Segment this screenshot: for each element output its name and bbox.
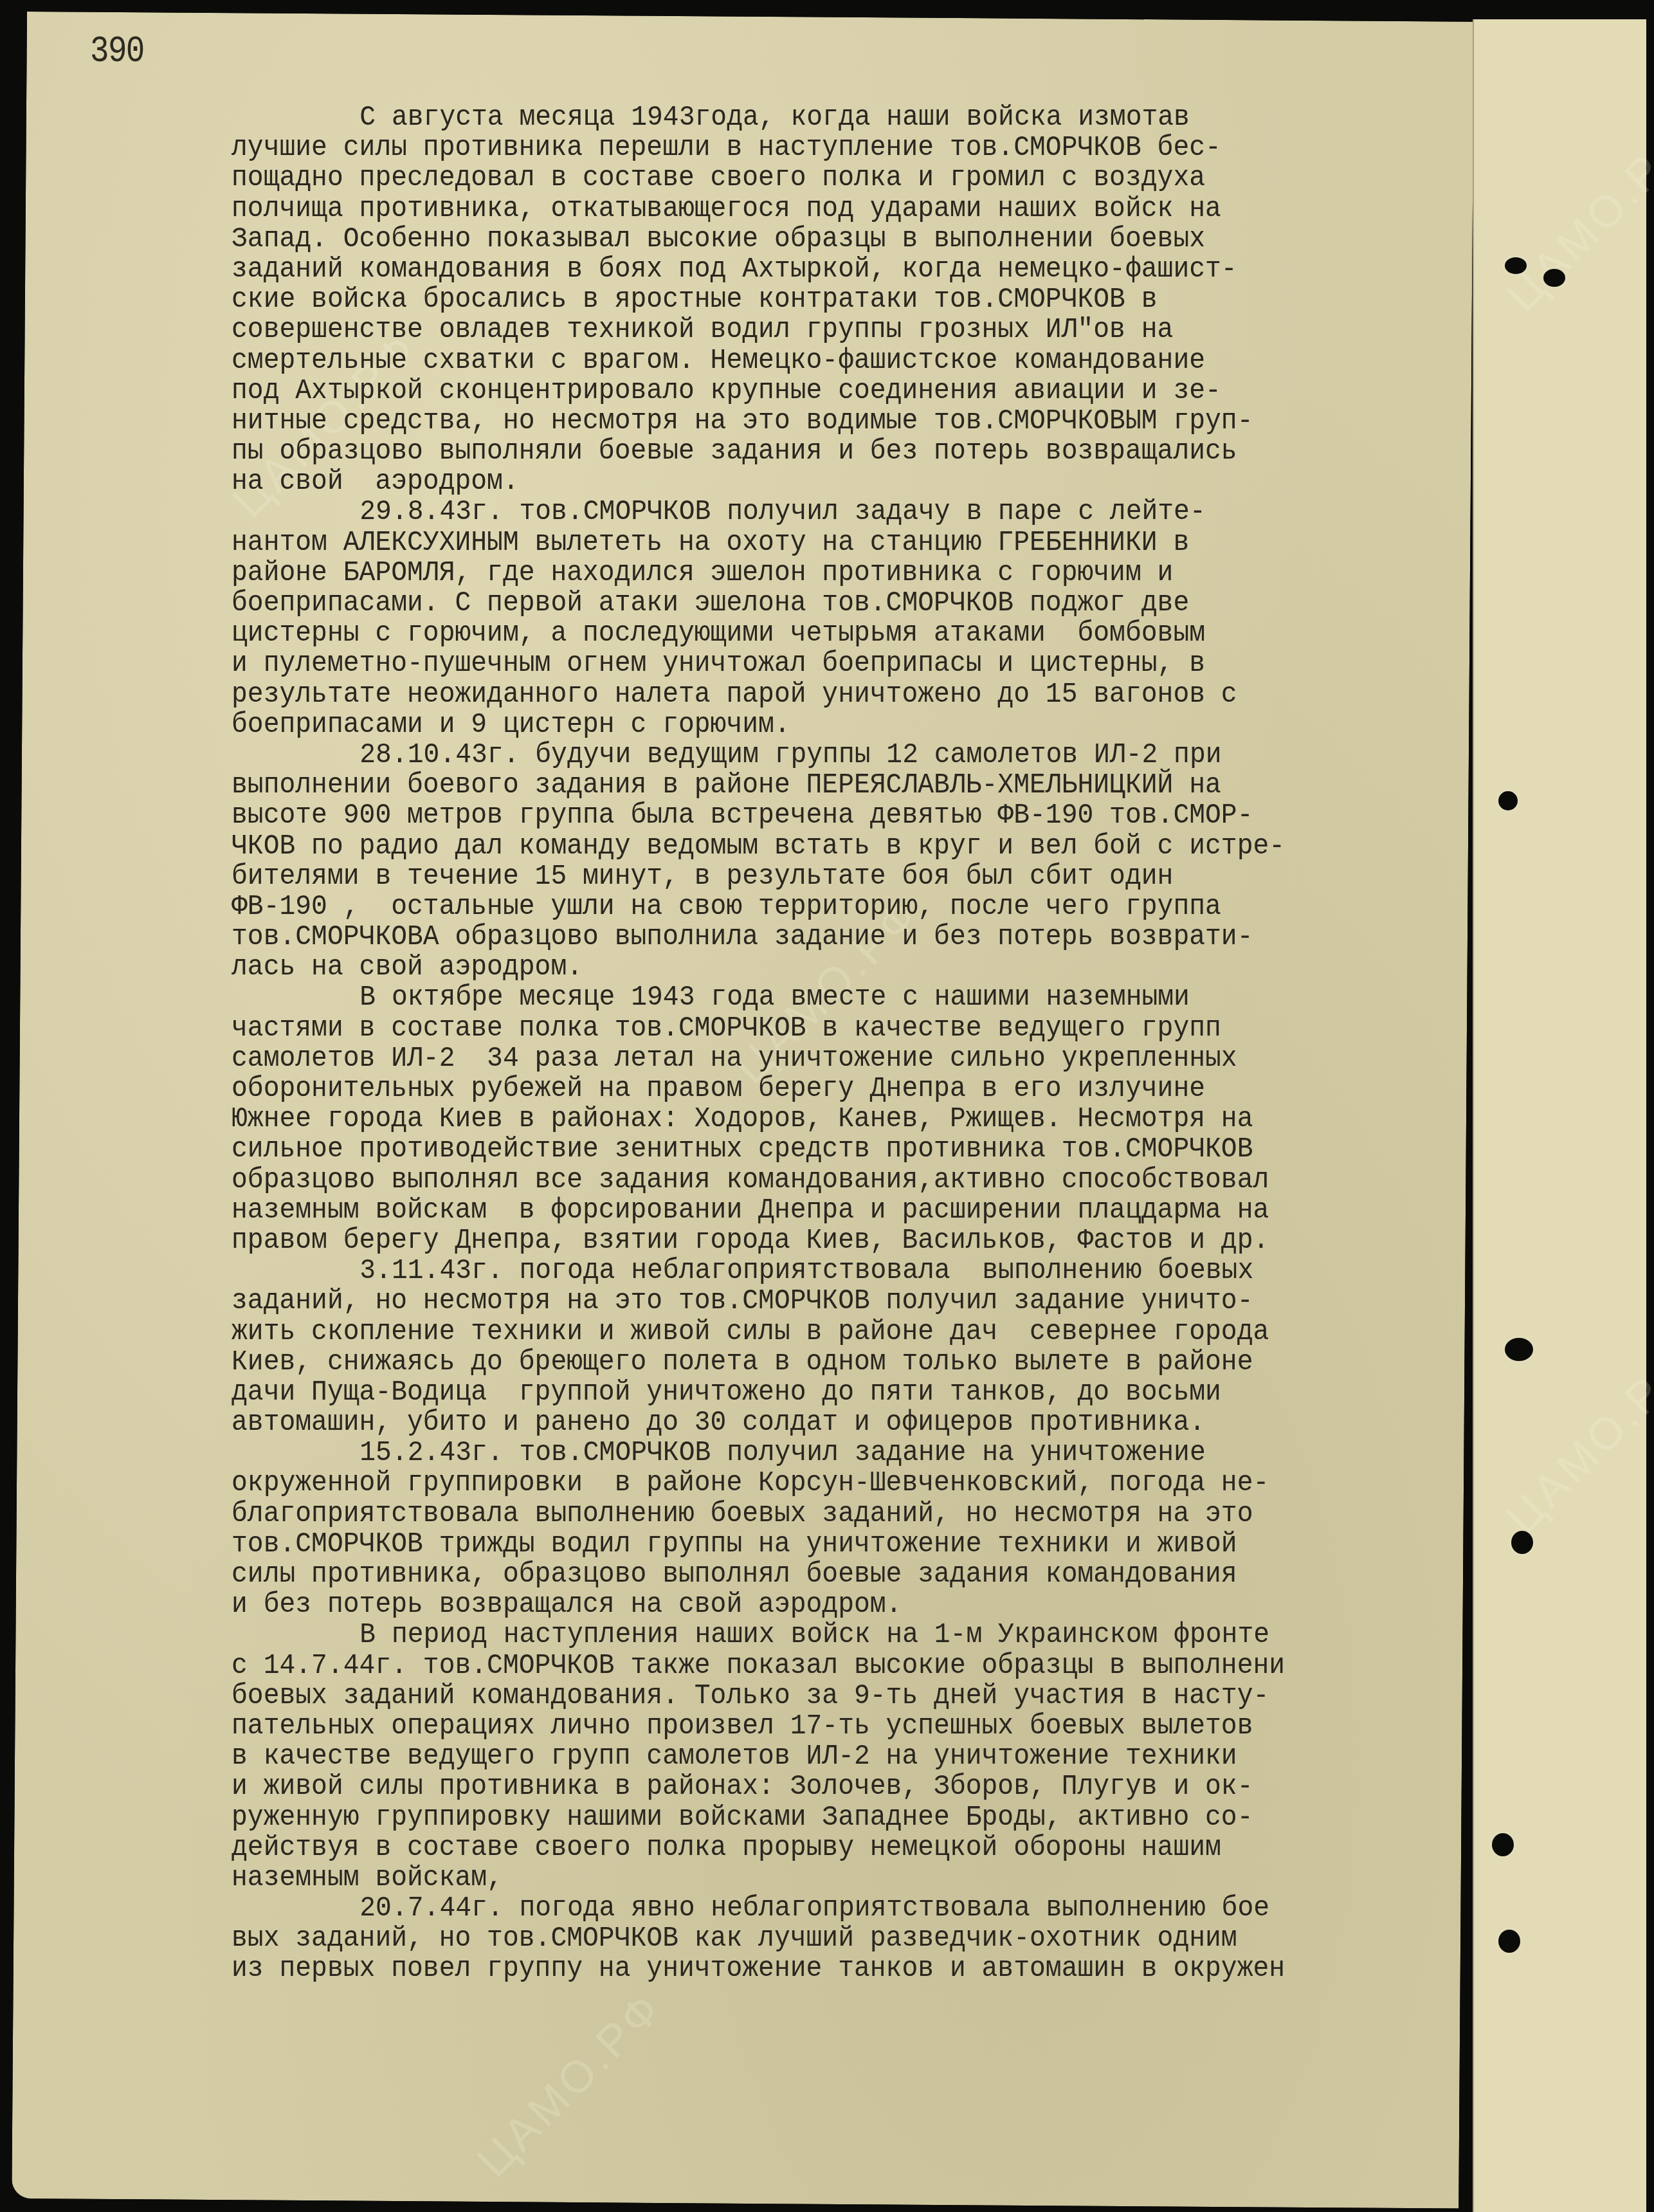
text-line: в качестве ведущего групп самолетов ИЛ-2… bbox=[232, 1742, 1428, 1772]
text-line: бителями в течение 15 минут, в результат… bbox=[232, 862, 1428, 892]
text-line: наземным войскам, bbox=[232, 1863, 1428, 1894]
text-line: силы противника, образцово выполнял боев… bbox=[232, 1560, 1428, 1590]
text-line: и живой силы противника в районах: Золоч… bbox=[232, 1772, 1428, 1802]
text-line: благоприятствовала выполнению боевых зад… bbox=[232, 1499, 1428, 1530]
document-body: С августа месяца 1943года, когда наши во… bbox=[232, 103, 1428, 1985]
punch-hole bbox=[1505, 257, 1527, 274]
text-line: боеприпасами и 9 цистерн с горючим. bbox=[232, 710, 1428, 740]
text-line: С августа месяца 1943года, когда наши во… bbox=[232, 103, 1428, 133]
punch-hole bbox=[1511, 1531, 1533, 1554]
text-line: лучшие силы противника перешли в наступл… bbox=[232, 133, 1428, 163]
text-line: оборонительных рубежей на правом берегу … bbox=[232, 1074, 1428, 1104]
text-line: из первых повел группу на уничтожение та… bbox=[232, 1954, 1428, 1984]
punch-hole bbox=[1498, 1930, 1520, 1953]
text-line: дачи Пуща-Водица группой уничтожено до п… bbox=[232, 1378, 1428, 1408]
text-line: частями в составе полка тов.СМОРЧКОВ в к… bbox=[232, 1014, 1428, 1044]
text-line: смертельные схватки с врагом. Немецко-фа… bbox=[232, 346, 1428, 376]
text-line: заданий, но несмотря на это тов.СМОРЧКОВ… bbox=[232, 1286, 1428, 1317]
text-line: выполнении боевого задания в районе ПЕРЕ… bbox=[232, 771, 1428, 801]
text-line: наземным войскам в форсировании Днепра и… bbox=[232, 1196, 1428, 1226]
text-line: пы образцово выполняли боевые задания и … bbox=[232, 437, 1428, 467]
text-line: правом берегу Днепра, взятии города Киев… bbox=[232, 1226, 1428, 1256]
text-line: автомашин, убито и ранено до 30 солдат и… bbox=[232, 1408, 1428, 1438]
text-line: высоте 900 метров группа была встречена … bbox=[232, 801, 1428, 831]
text-line: ские войска бросались в яростные контрат… bbox=[232, 285, 1428, 315]
text-line: боевых заданий командования. Только за 9… bbox=[232, 1681, 1428, 1712]
text-line: вых заданий, но тов.СМОРЧКОВ как лучший … bbox=[232, 1924, 1428, 1954]
text-line: нантом АЛЕКСУХИНЫМ вылететь на охоту на … bbox=[232, 528, 1428, 558]
text-line: и пулеметно-пушечным огнем уничтожал бое… bbox=[232, 649, 1428, 679]
text-line: совершенстве овладев техникой водил груп… bbox=[232, 315, 1428, 345]
scan-border-right bbox=[1646, 0, 1654, 2212]
text-line: руженную группировку нашими войсками Зап… bbox=[232, 1803, 1428, 1833]
text-line: 28.10.43г. будучи ведущим группы 12 само… bbox=[232, 740, 1428, 771]
text-line: 15.2.43г. тов.СМОРЧКОВ получил задание н… bbox=[232, 1438, 1428, 1468]
text-line: пощадно преследовал в составе своего пол… bbox=[232, 163, 1428, 194]
text-line: В период наступления наших войск на 1-м … bbox=[232, 1620, 1428, 1650]
text-line: пательных операциях лично произвел 17-ть… bbox=[232, 1712, 1428, 1742]
text-line: нитные средства, но несмотря на это води… bbox=[232, 407, 1428, 437]
text-line: В октябре месяце 1943 года вместе с наши… bbox=[232, 983, 1428, 1013]
text-line: лась на свой аэродром. bbox=[232, 953, 1428, 983]
punch-hole bbox=[1505, 1338, 1533, 1361]
text-line: жить скопление техники и живой силы в ра… bbox=[232, 1317, 1428, 1348]
text-line: окруженной группировки в районе Корсун-Ш… bbox=[232, 1468, 1428, 1499]
text-line: Южнее города Киев в районах: Ходоров, Ка… bbox=[232, 1104, 1428, 1135]
punch-hole bbox=[1543, 269, 1565, 287]
text-line: боеприпасами. С первой атаки эшелона тов… bbox=[232, 589, 1428, 619]
text-line: самолетов ИЛ-2 34 раза летал на уничтоже… bbox=[232, 1044, 1428, 1074]
text-line: заданий командования в боях под Ахтыркой… bbox=[232, 255, 1428, 285]
text-line: Киев, снижаясь до бреющего полета в одно… bbox=[232, 1348, 1428, 1378]
text-line: районе БАРОМЛЯ, где находился эшелон про… bbox=[232, 558, 1428, 589]
text-line: цистерны с горючим, а последующими четыр… bbox=[232, 619, 1428, 649]
paper-margin-strip bbox=[1473, 19, 1648, 2212]
text-line: 3.11.43г. погода неблагоприятствовала вы… bbox=[232, 1256, 1428, 1286]
text-line: действуя в составе своего полка прорыву … bbox=[232, 1833, 1428, 1863]
text-line: с 14.7.44г. тов.СМОРЧКОВ также показал в… bbox=[232, 1651, 1428, 1681]
text-line: тов.СМОРЧКОВА образцово выполнила задани… bbox=[232, 922, 1428, 953]
text-line: результате неожиданного налета парой уни… bbox=[232, 680, 1428, 710]
text-line: ФВ-190 , остальные ушли на свою территор… bbox=[232, 892, 1428, 922]
text-line: Запад. Особенно показывал высокие образц… bbox=[232, 224, 1428, 255]
text-line: образцово выполнял все задания командова… bbox=[232, 1165, 1428, 1196]
page-number: 390 bbox=[90, 31, 144, 73]
text-line: на свой аэродром. bbox=[232, 467, 1428, 497]
punch-hole bbox=[1498, 791, 1518, 810]
text-line: под Ахтыркой сконцентрировало крупные со… bbox=[232, 376, 1428, 407]
text-line: полчища противника, откатывающегося под … bbox=[232, 194, 1428, 224]
text-line: сильное противодействие зенитных средств… bbox=[232, 1135, 1428, 1165]
text-line: 29.8.43г. тов.СМОРЧКОВ получил задачу в … bbox=[232, 497, 1428, 527]
text-line: ЧКОВ по радио дал команду ведомым встать… bbox=[232, 832, 1428, 862]
text-line: и без потерь возвращался на свой аэродро… bbox=[232, 1590, 1428, 1620]
text-line: тов.СМОРЧКОВ трижды водил группы на унич… bbox=[232, 1530, 1428, 1560]
punch-hole bbox=[1492, 1833, 1514, 1856]
text-line: 20.7.44г. погода явно неблагоприятствова… bbox=[232, 1894, 1428, 1924]
